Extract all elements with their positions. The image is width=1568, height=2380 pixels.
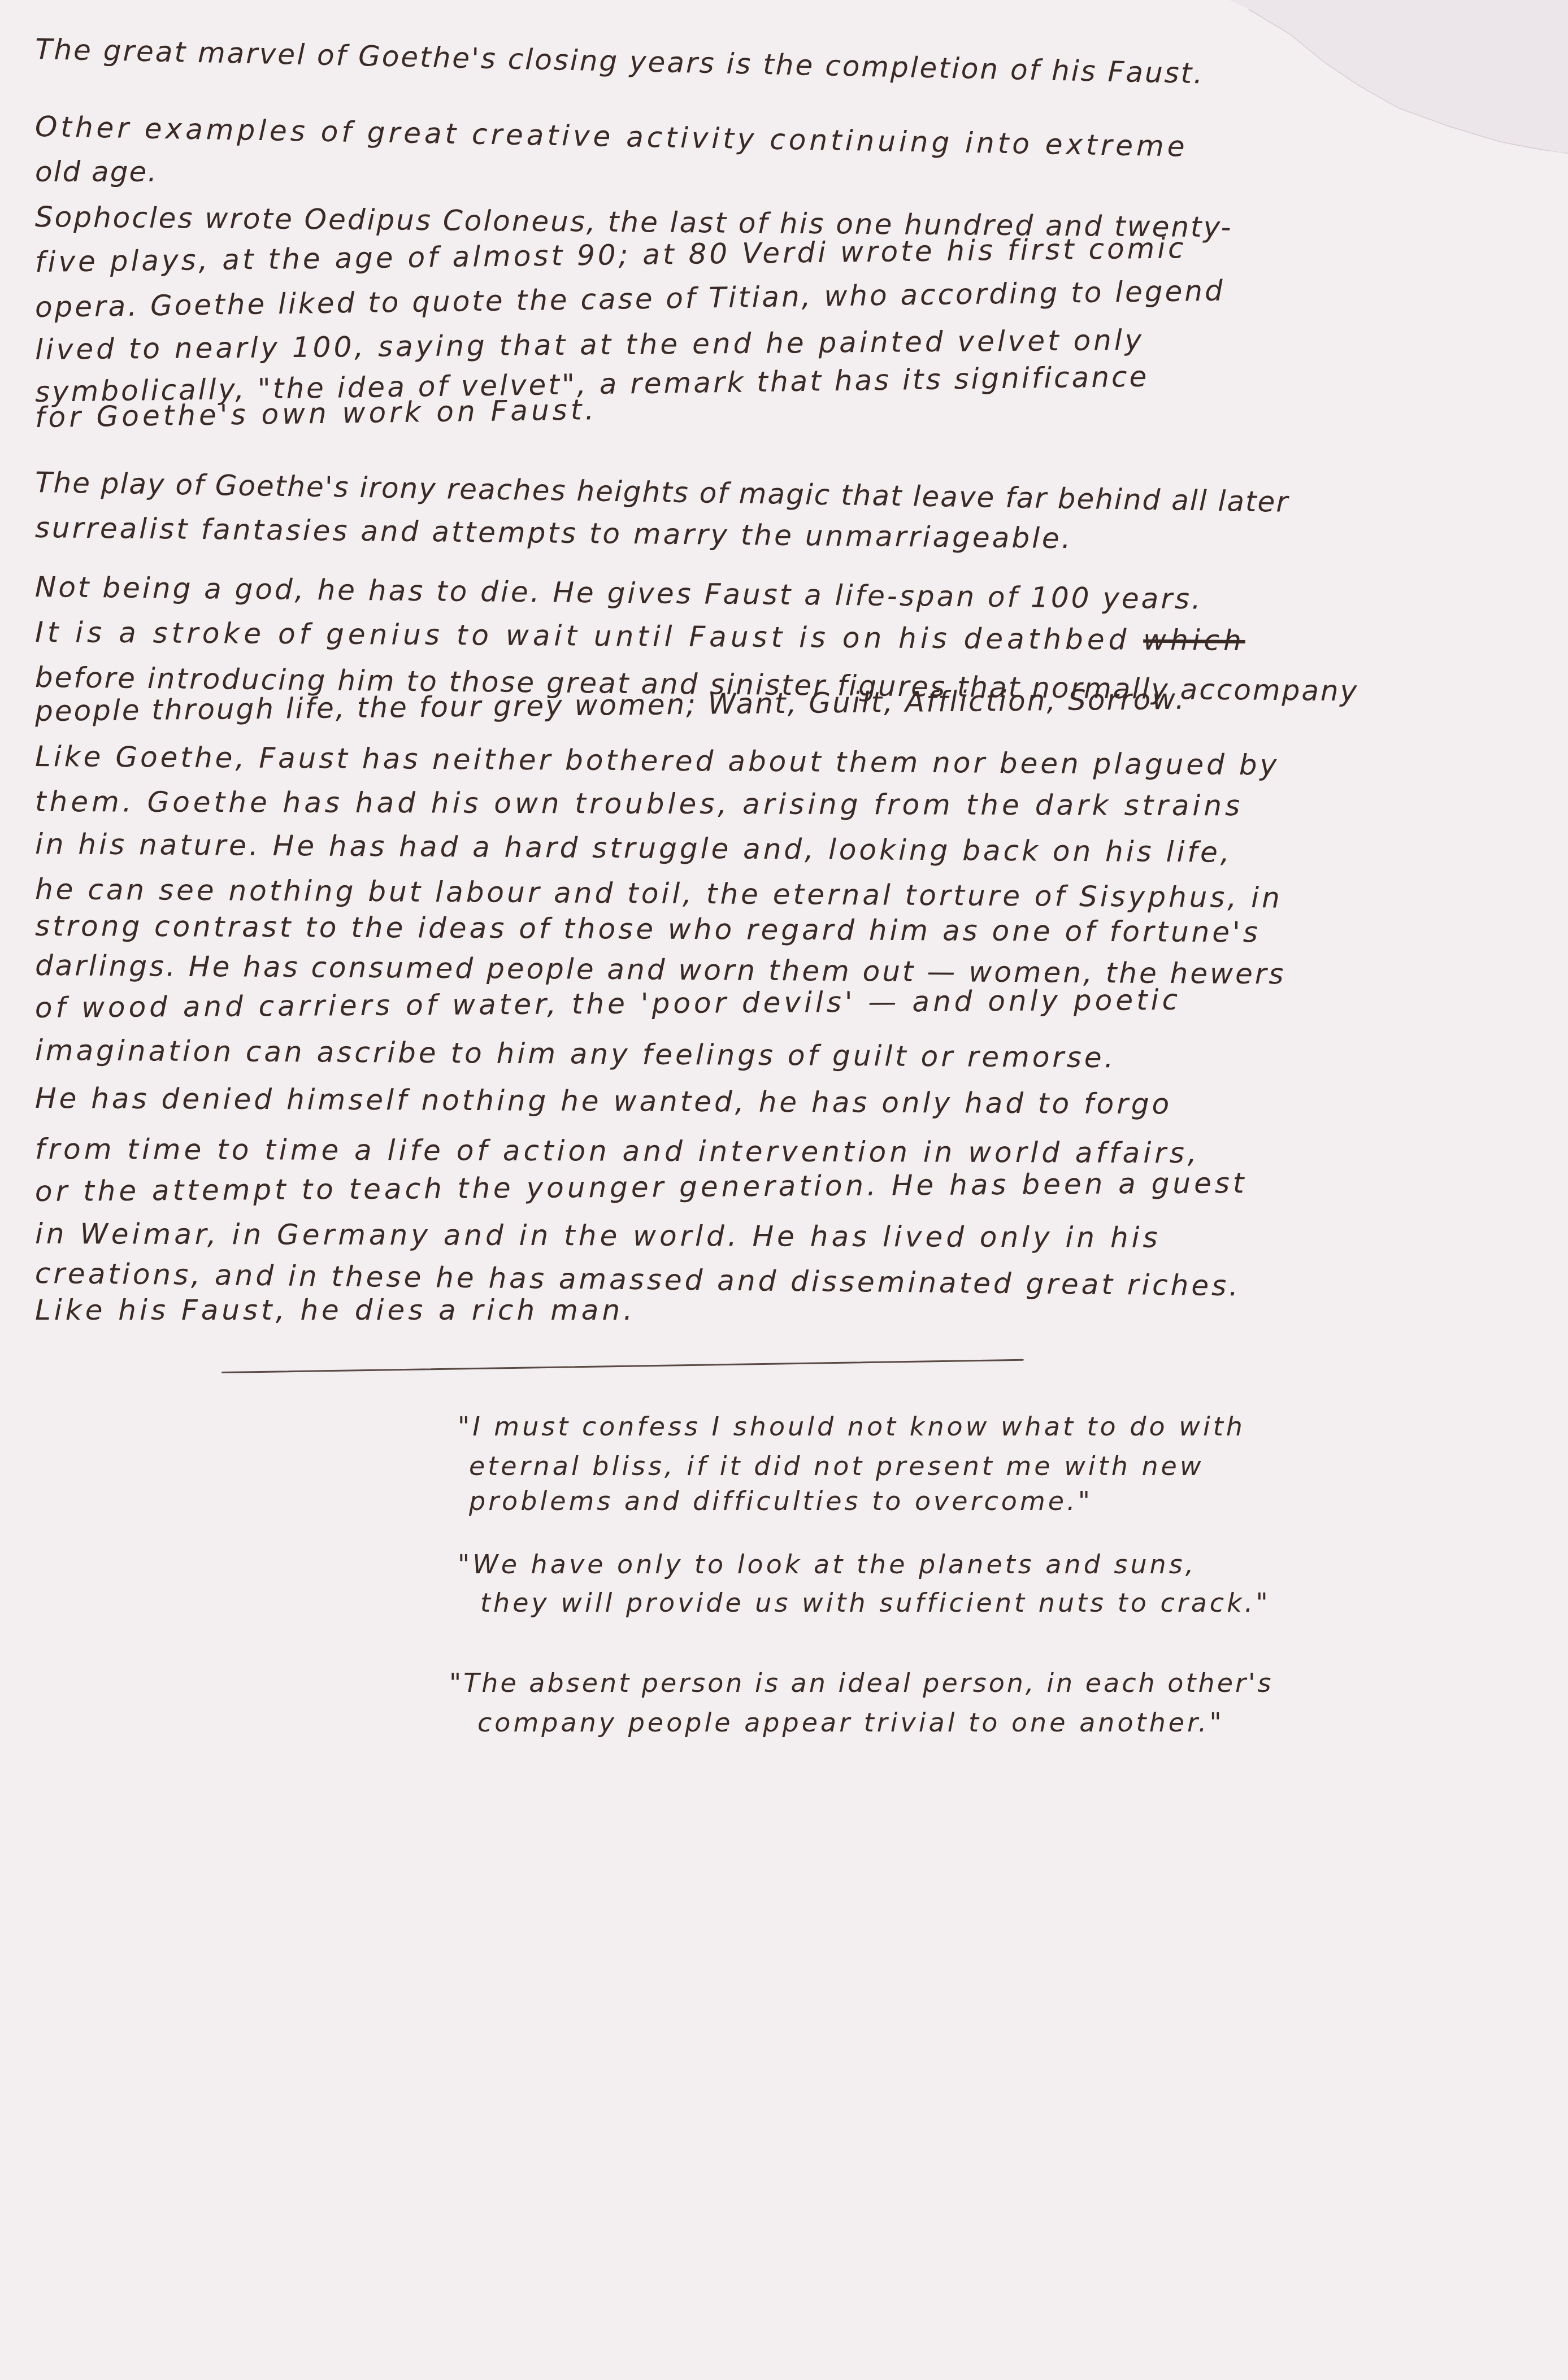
text-line: The play of Goethe's irony reaches heigh… [35, 466, 1289, 519]
text-line: in Weimar, in Germany and in the world. … [35, 1217, 1161, 1254]
torn-corner [1229, 0, 1568, 154]
manuscript-page: The great marvel of Goethe's closing yea… [0, 0, 1568, 2380]
quote-line: "We have only to look at the planets and… [458, 1549, 1196, 1580]
text-line: He has denied himself nothing he wanted,… [35, 1082, 1172, 1121]
quote-line: eternal bliss, if it did not present me … [469, 1451, 1204, 1481]
struck-out-word: which [1143, 624, 1245, 657]
text-line: from time to time a life of action and i… [35, 1133, 1200, 1169]
text-line: five plays, at the age of almost 90; at … [35, 232, 1187, 279]
text-line: he can see nothing but labour and toil, … [35, 873, 1283, 914]
text-line: strong contrast to the ideas of those wh… [35, 910, 1261, 948]
text-line: of wood and carriers of water, the 'poor… [35, 984, 1181, 1024]
quote-line: "The absent person is an ideal person, i… [449, 1668, 1274, 1698]
text-line: Like Goethe, Faust has neither bothered … [35, 740, 1280, 781]
text-line: Not being a god, he has to die. He gives… [35, 571, 1203, 616]
text-line: The great marvel of Goethe's closing yea… [34, 33, 1204, 90]
text-line: lived to nearly 100, saying that at the … [35, 324, 1145, 366]
text-line-content: It is a stroke of genius to wait until F… [35, 616, 1131, 656]
text-line: in his nature. He has had a hard struggl… [35, 828, 1232, 869]
quote-line: they will provide us with sufficient nut… [480, 1587, 1271, 1618]
section-divider [221, 1359, 1024, 1373]
text-line: Other examples of great creative activit… [34, 110, 1188, 163]
text-line: It is a stroke of genius to wait until F… [35, 616, 1245, 657]
text-line: them. Goethe has had his own troubles, a… [35, 785, 1243, 822]
text-line: opera. Goethe liked to quote the case of… [35, 275, 1226, 324]
text-line: imagination can ascribe to him any feeli… [35, 1034, 1117, 1074]
quote-line: problems and difficulties to overcome." [469, 1486, 1093, 1516]
text-line: old age. [35, 155, 158, 188]
text-line: surrealist fantasies and attempts to mar… [35, 511, 1073, 555]
text-line: Like his Faust, he dies a rich man. [35, 1294, 636, 1326]
text-line: or the attempt to teach the younger gene… [35, 1167, 1248, 1208]
quote-line: "I must confess I should not know what t… [458, 1411, 1245, 1442]
quote-line: company people appear trivial to one ano… [477, 1707, 1224, 1738]
